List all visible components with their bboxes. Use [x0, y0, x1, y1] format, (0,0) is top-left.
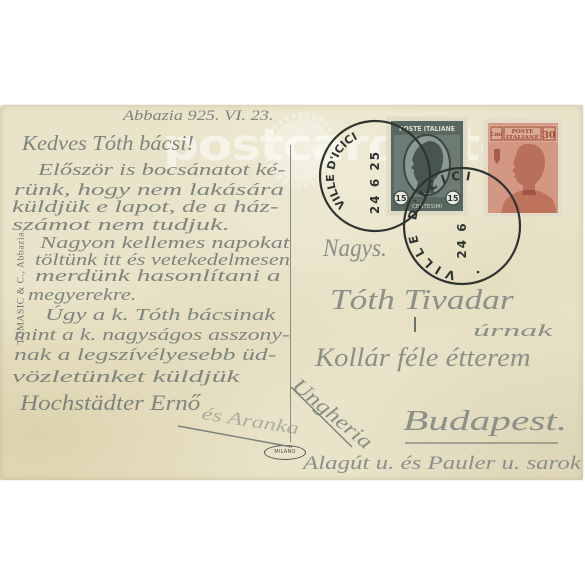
message-line: vözletünket küldjük	[12, 368, 240, 385]
signature: Hochstädter Ernő	[20, 392, 200, 414]
message-line: Nagyon kellemes napokat	[40, 234, 290, 251]
divider-line	[290, 145, 291, 442]
address-street: Alagút u. és Pauler u. sarok	[303, 454, 581, 473]
address-city: Budapest.	[403, 407, 567, 436]
stamp-value-right: 15	[447, 194, 459, 203]
page: postcardfoto TOMASIC & C., Abbazia. MILA…	[0, 0, 585, 585]
address-name: Tóth Tivadar	[330, 287, 513, 315]
stamp-value-left: 15	[395, 194, 407, 203]
stamp-15-centesimi: POSTE ITALIANE 15 15 CENTESIMI	[386, 116, 468, 216]
greeting: Kedves Tóth bácsi!	[22, 133, 194, 154]
place-date: Abbazia 925. VI. 23.	[123, 109, 273, 124]
message-line: Úgy a k. Tóth bácsinak	[45, 306, 275, 323]
message-line: nak a legszívélyesebb üd-	[14, 346, 276, 363]
stamp-unit-text: CENTESIMI	[412, 204, 442, 210]
message-line: mint a k. nagyságos asszony-	[14, 326, 290, 343]
message-line: küldjük e lapot, de a ház-	[12, 198, 279, 215]
message-line: merdünk hasonlítani a	[35, 267, 280, 284]
stamp-unit-text: Cmi	[490, 132, 502, 138]
message-line: rünk, hogy nem lakására	[14, 181, 284, 198]
publisher-logo: MILANO	[264, 445, 306, 460]
stamp-country-text: POSTE ITALIANE	[399, 125, 455, 133]
stamp-country-text-2: ITALIANE	[506, 135, 539, 141]
address-honorific: Nagys.	[323, 236, 387, 261]
message-line: megyerekre.	[28, 286, 136, 303]
message-line: számot nem tudjuk.	[12, 216, 230, 233]
address-title: úrnak	[473, 322, 553, 339]
stamp-value: 30	[543, 131, 556, 141]
message-line: Először is bocsánatot ké-	[38, 161, 285, 178]
address-venue: Kollár féle étterem	[315, 345, 530, 371]
stamp-30-centesimi: Cmi POSTE ITALIANE 30	[483, 118, 563, 218]
